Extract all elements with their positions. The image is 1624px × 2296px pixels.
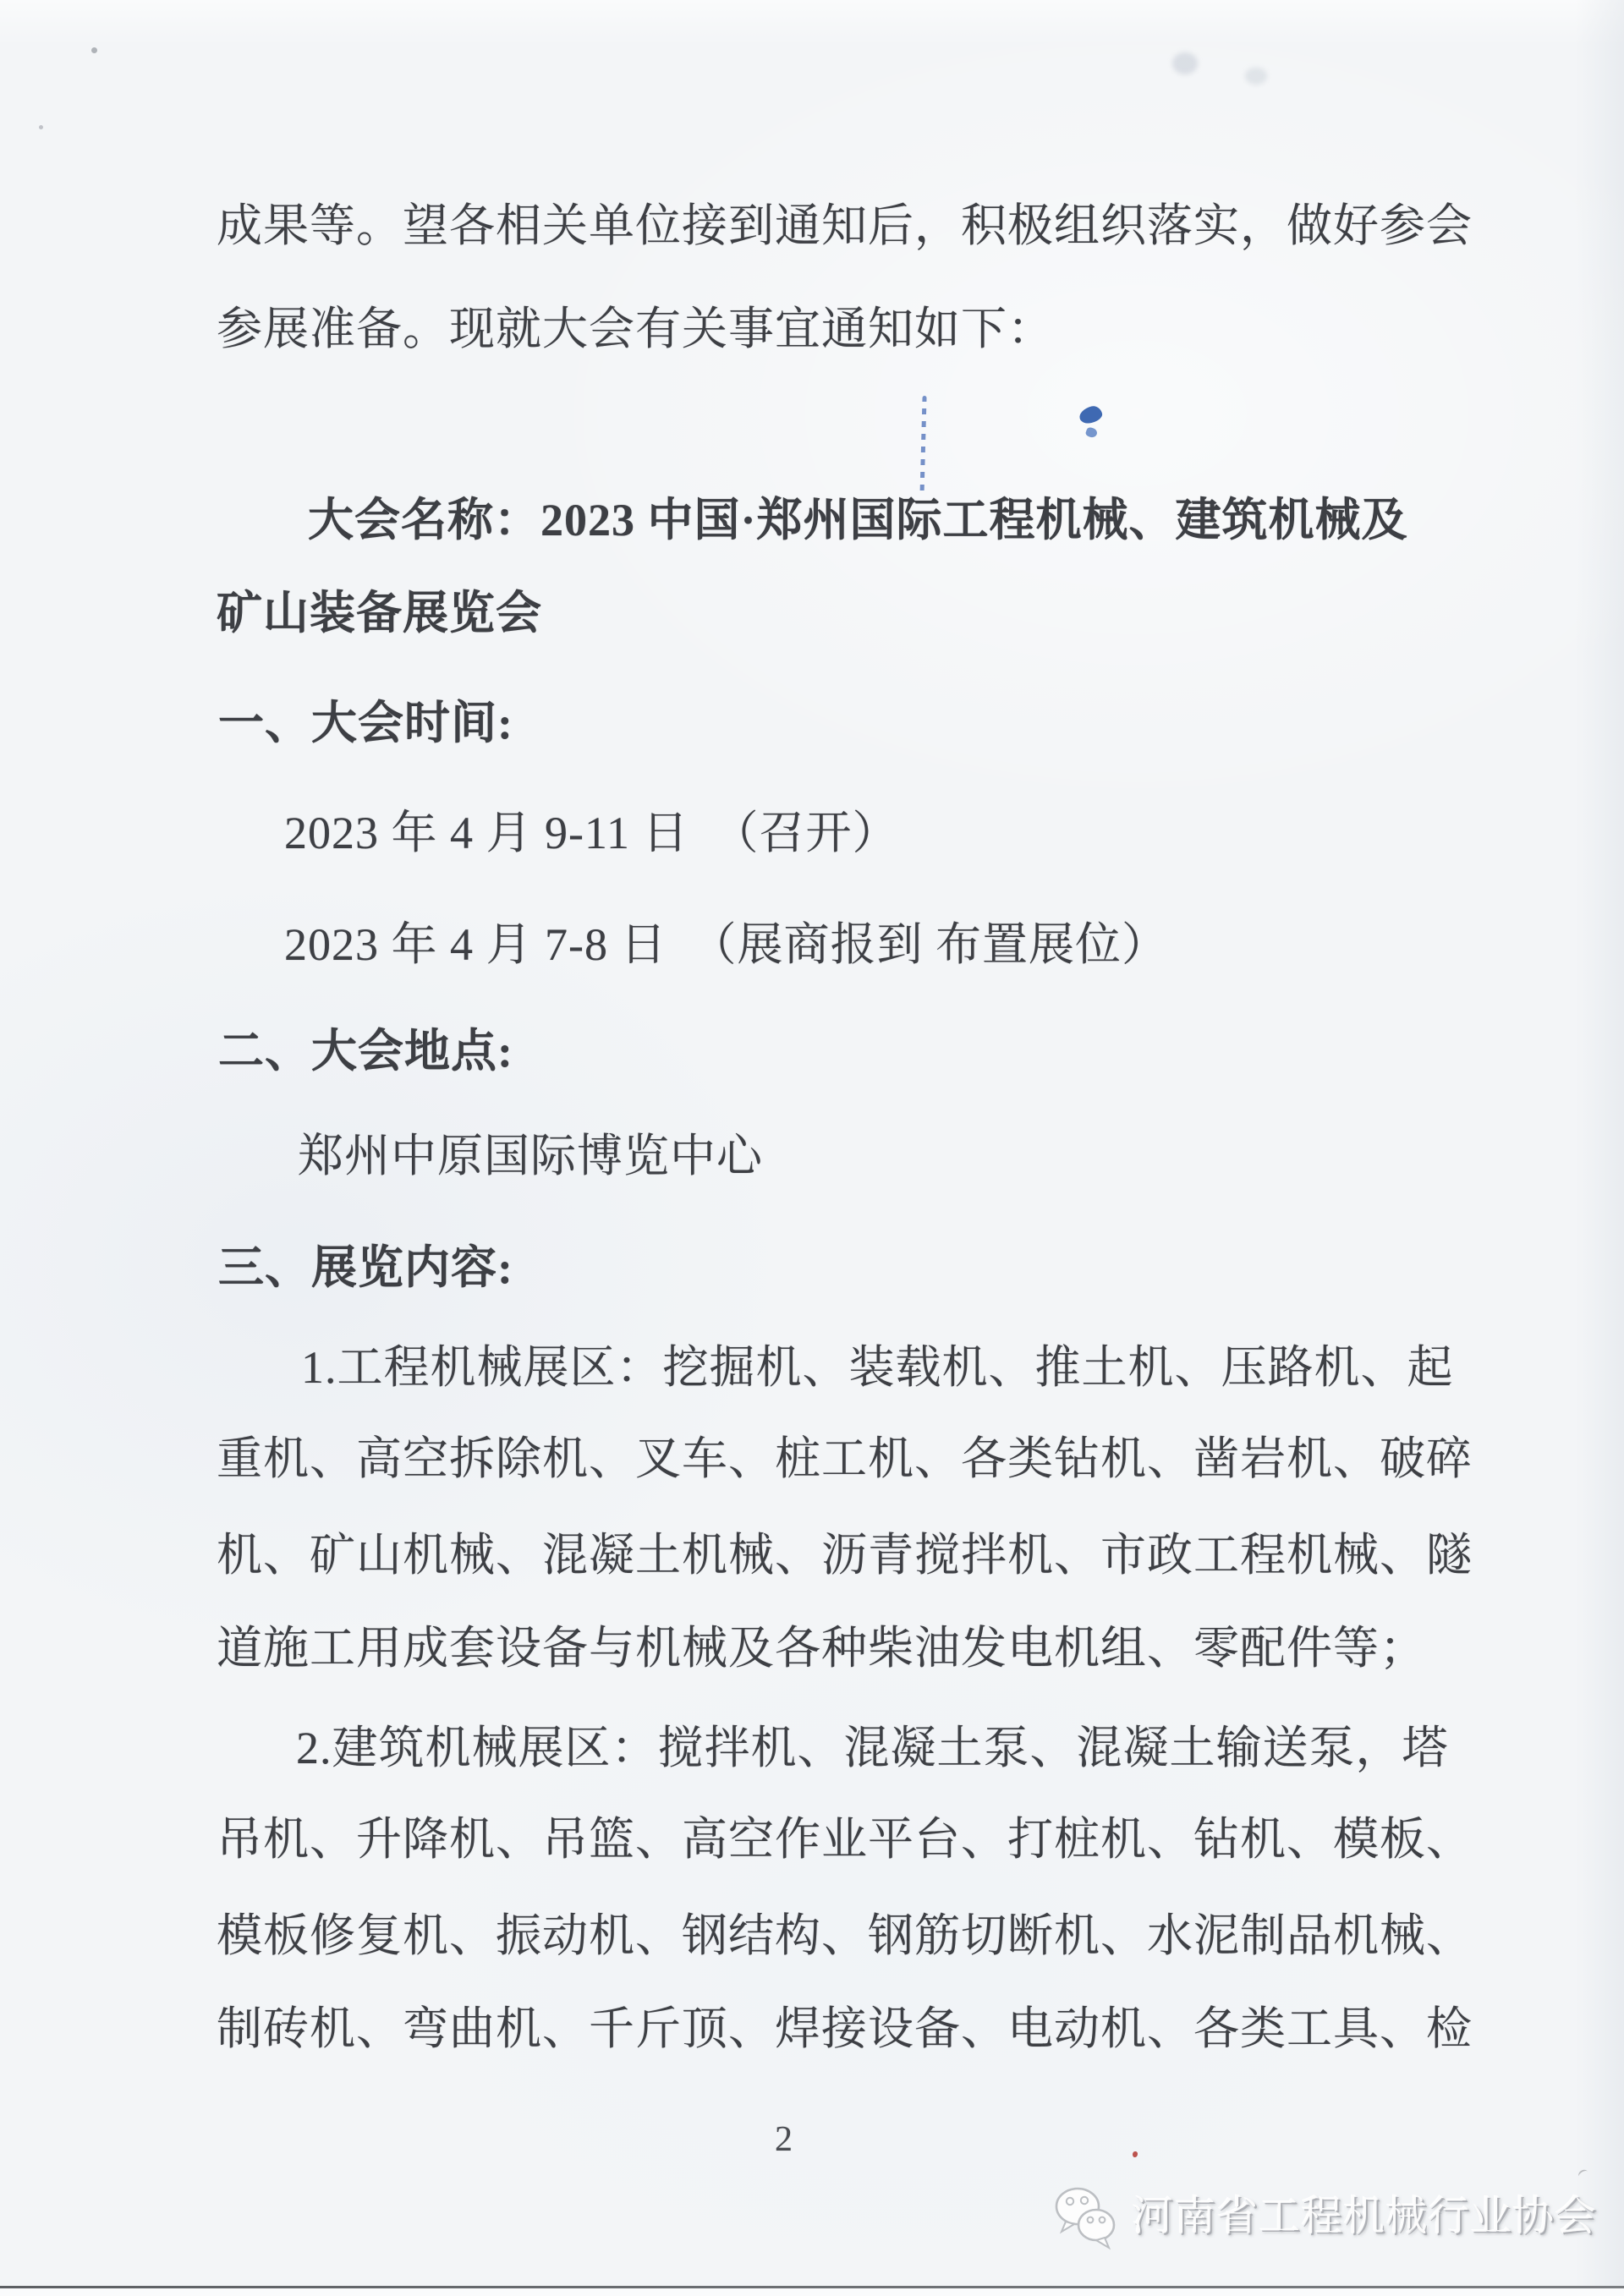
intro-line-1: 成果等。望各相关单位接到通知后，积极组织落实，做好参会 xyxy=(217,203,1473,249)
section-heading-venue: 二、大会地点: xyxy=(218,1028,513,1074)
blue-ink-blob xyxy=(1078,404,1104,425)
wechat-icon xyxy=(1052,2184,1122,2252)
date-setup: 2023 年 4 月 7-8 日 （展商报到 布置展位） xyxy=(284,922,1168,967)
exhibition-zone2-line-2: 吊机、升降机、吊篮、高空作业平台、打桩机、钻机、模板、 xyxy=(217,1817,1473,1862)
intro-line-2: 参展准备。现就大会有关事宜通知如下： xyxy=(217,306,1054,352)
section-heading-exhibition: 三、展览内容: xyxy=(218,1245,513,1290)
blue-ink-speck xyxy=(1085,426,1099,439)
scan-smudge xyxy=(1245,68,1267,85)
scan-speck xyxy=(39,125,43,129)
conference-name-line-1: 大会名称：2023 中国·郑州国际工程机械、建筑机械及 xyxy=(308,497,1408,543)
exhibition-zone2-line-4: 制砖机、弯曲机、千斤顶、焊接设备、电动机、各类工具、检 xyxy=(217,2006,1473,2052)
blue-ink-streak xyxy=(919,396,926,497)
red-ink-speck xyxy=(1133,2151,1138,2157)
section-heading-time: 一、大会时间: xyxy=(218,700,513,746)
page-number: 2 xyxy=(775,2119,793,2160)
exhibition-zone2-line-3: 模板修复机、振动机、钢结构、钢筋切断机、水泥制品机械、 xyxy=(217,1913,1473,1959)
exhibition-zone1-line-4: 道施工用成套设备与机械及各种柴油发电机组、零配件等； xyxy=(217,1625,1426,1671)
scan-speck xyxy=(1577,2168,1589,2181)
watermark-text: 河南省工程机械行业协会 xyxy=(1132,2196,1597,2238)
exhibition-zone1-line-3: 机、矿山机械、混凝土机械、沥青搅拌机、市政工程机械、隧 xyxy=(217,1532,1473,1578)
exhibition-zone1-line-1: 1.工程机械展区：挖掘机、装载机、推土机、压路机、起 xyxy=(301,1345,1454,1390)
watermark: 河南省工程机械行业协会 xyxy=(1052,2184,1597,2252)
scanned-notice-page: 成果等。望各相关单位接到通知后，积极组织落实，做好参会 参展准备。现就大会有关事… xyxy=(0,0,1624,2296)
exhibition-zone2-line-1: 2.建筑机械展区：搅拌机、混凝土泵、混凝土输送泵，塔 xyxy=(296,1725,1449,1771)
venue-name: 郑州中原国际博览中心 xyxy=(298,1133,763,1179)
exhibition-zone1-line-2: 重机、高空拆除机、叉车、桩工机、各类钻机、凿岩机、破碎 xyxy=(217,1436,1473,1482)
date-open: 2023 年 4 月 9-11 日 （召开） xyxy=(284,810,898,856)
conference-name-line-2: 矿山装备展览会 xyxy=(217,590,542,636)
scan-smudge xyxy=(1172,52,1198,74)
scan-edge-margin xyxy=(0,2288,1624,2296)
scan-speck xyxy=(91,47,97,53)
